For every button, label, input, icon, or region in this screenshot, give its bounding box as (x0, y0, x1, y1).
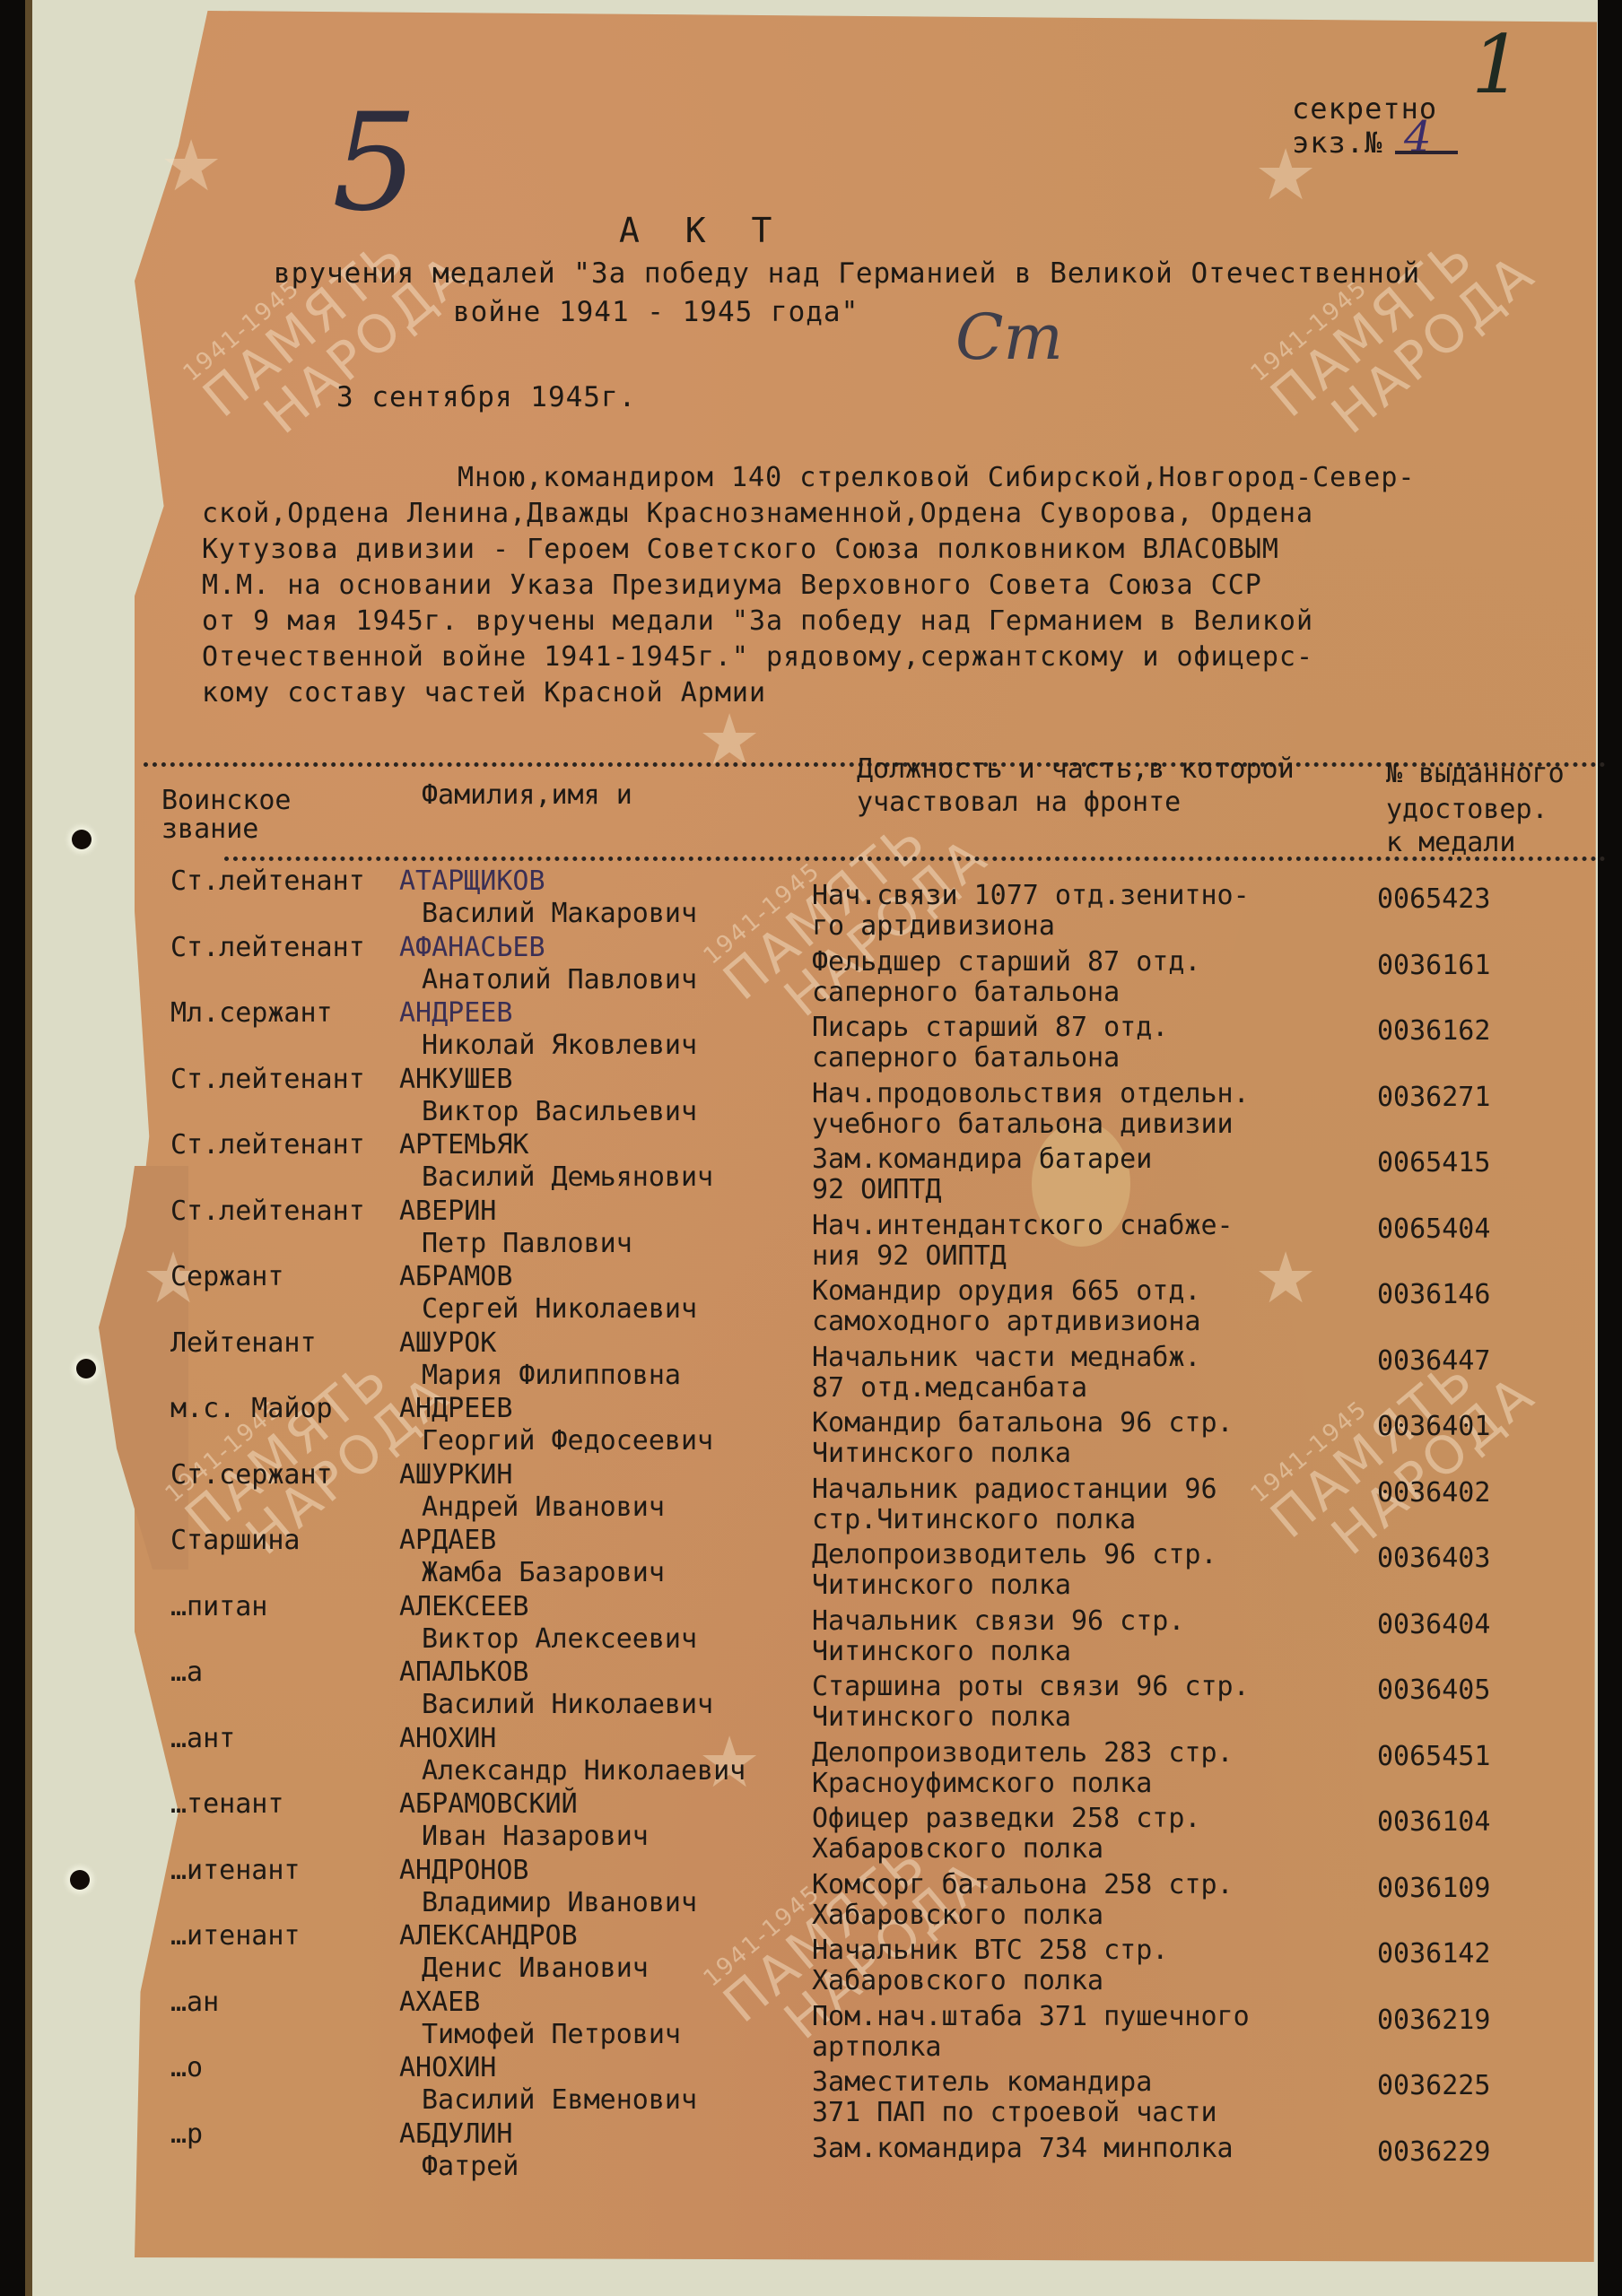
handwritten-folder-number: 5 (332, 85, 417, 241)
watermark-star-icon: ★ (161, 108, 221, 206)
position-cell: Красноуфимского полка (812, 1770, 1152, 1797)
table-rule-bottom (224, 857, 1606, 861)
certificate-number-cell: 0065423 (1377, 886, 1490, 913)
position-cell: ния 92 ОИПТД (812, 1243, 1007, 1270)
position-cell: Начальник ВТС 258 стр. (812, 1937, 1168, 1964)
position-cell: Заместитель командира (812, 2069, 1152, 2096)
rank-cell: …а (170, 1659, 203, 1686)
surname-cell: АБДУЛИН (399, 2121, 512, 2148)
rank-cell: Мл.сержант (170, 1000, 333, 1027)
position-cell: Начальник радиостанции 96 (812, 1476, 1217, 1503)
position-cell: 87 отд.медсанбата (812, 1375, 1087, 1402)
certificate-number-cell: 0036401 (1377, 1413, 1490, 1440)
rank-cell: Ст.лейтенант (170, 935, 365, 961)
body-line: Отечественной войне 1941-1945г." рядовом… (202, 644, 1313, 671)
rank-cell: Ст.лейтенант (170, 868, 365, 895)
surname-cell: АНДРЕЕВ (399, 1396, 512, 1422)
surname-cell: АНДРЕЕВ (399, 1000, 512, 1027)
title-line-1: вручения медалей "За победу над Германие… (274, 260, 1420, 288)
position-cell: Нач.связи 1077 отд.зенитно- (812, 883, 1250, 909)
position-cell: Начальник части меднабж. (812, 1344, 1200, 1371)
given-name-cell: Фатрей (422, 2153, 519, 2180)
col-header-certificate: к медали (1386, 830, 1516, 857)
position-cell: Командир батальона 96 стр. (812, 1410, 1234, 1437)
position-cell: Читинского полка (812, 1572, 1071, 1599)
position-cell: Хабаровского полка (812, 1968, 1103, 1995)
rank-cell: Старшина (170, 1527, 301, 1554)
given-name-cell: Тимофей Петрович (422, 2022, 681, 2048)
certificate-number-cell: 0036104 (1377, 1809, 1490, 1836)
surname-cell: АРДАЕВ (399, 1527, 496, 1554)
certificate-number-cell: 0036229 (1377, 2139, 1490, 2166)
rank-cell: …итенант (170, 1857, 301, 1884)
punch-hole-icon (70, 1870, 90, 1890)
surname-cell: АХАЕВ (399, 1989, 480, 2016)
given-name-cell: Мария Филипповна (422, 1362, 681, 1389)
document-date: 3 сентября 1945г. (336, 384, 636, 412)
title-line-2: войне 1941 - 1945 года" (453, 299, 859, 326)
given-name-cell: Виктор Алексеевич (422, 1626, 697, 1653)
body-line: Кутузова дивизии - Героем Советского Сою… (202, 536, 1279, 563)
certificate-number-cell: 0036404 (1377, 1612, 1490, 1639)
col-header-position: Должность и часть,в которой (857, 756, 1295, 783)
certificate-number-cell: 0036403 (1377, 1545, 1490, 1572)
certificate-number-cell: 0036162 (1377, 1018, 1490, 1045)
certificate-number-cell: 0065415 (1377, 1150, 1490, 1177)
given-name-cell: Сергей Николаевич (422, 1296, 697, 1323)
surname-cell: АНДРОНОВ (399, 1857, 529, 1884)
rank-cell: …р (170, 2121, 203, 2148)
given-name-cell: Петр Павлович (422, 1231, 632, 1257)
surname-cell: АНКУШЕВ (399, 1066, 512, 1093)
rank-cell: Ст.лейтенант (170, 1198, 365, 1225)
body-line: кому составу частей Красной Армии (202, 680, 766, 707)
position-cell: Пом.нач.штаба 371 пушечного (812, 2004, 1250, 2031)
col-header-certificate: удостовер. (1386, 796, 1548, 823)
given-name-cell: Денис Иванович (422, 1955, 649, 1982)
given-name-cell: Жамба Базарович (422, 1560, 665, 1587)
position-cell: самоходного артдивизиона (812, 1309, 1200, 1335)
surname-cell: АШУРОК (399, 1330, 496, 1357)
position-cell: Зам.командира 734 минполка (812, 2135, 1234, 2162)
certificate-number-cell: 0036142 (1377, 1941, 1490, 1968)
rank-cell: …ант (170, 1726, 235, 1752)
position-cell: Нач.интендантского снабже- (812, 1213, 1234, 1239)
certificate-number-cell: 0036161 (1377, 952, 1490, 979)
position-cell: Читинского полка (812, 1639, 1071, 1665)
rank-cell: …о (170, 2055, 203, 2082)
surname-cell: АЛЕКСЕЕВ (399, 1594, 529, 1621)
body-line: от 9 мая 1945г. вручены медали "За побед… (202, 608, 1313, 635)
given-name-cell: Николай Яковлевич (422, 1032, 697, 1059)
position-cell: го артдивизиона (812, 913, 1055, 940)
col-header-name: Фамилия,имя и (422, 782, 632, 809)
surname-cell: АФАНАСЬЕВ (399, 935, 545, 961)
surname-cell: АБРАМОВ (399, 1264, 512, 1291)
certificate-number-cell: 0036146 (1377, 1282, 1490, 1309)
punch-hole-icon (72, 830, 92, 849)
rank-cell: Лейтенант (170, 1330, 317, 1357)
given-name-cell: Василий Евменович (422, 2087, 697, 2114)
given-name-cell: Андрей Иванович (422, 1494, 665, 1521)
position-cell: Командир орудия 665 отд. (812, 1278, 1200, 1305)
surname-cell: АТАРЩИКОВ (399, 868, 545, 895)
certificate-number-cell: 0036405 (1377, 1677, 1490, 1704)
surname-cell: АШУРКИН (399, 1462, 512, 1489)
surname-cell: АПАЛЬКОВ (399, 1659, 529, 1686)
col-header-position: участвовал на фронте (857, 789, 1181, 816)
certificate-number-cell: 0036219 (1377, 2007, 1490, 2034)
rank-cell: …итенант (170, 1923, 301, 1950)
position-cell: стр.Читинского полка (812, 1507, 1136, 1534)
certificate-number-cell: 0036402 (1377, 1480, 1490, 1507)
position-cell: Читинского полка (812, 1704, 1071, 1731)
rank-cell: Ст.сержант (170, 1462, 333, 1489)
surname-cell: АРТЕМЬЯК (399, 1132, 529, 1159)
position-cell: Офицер разведки 258 стр. (812, 1805, 1200, 1832)
given-name-cell: Иван Назарович (422, 1823, 649, 1850)
surname-cell: АБРАМОВСКИЙ (399, 1791, 578, 1818)
copy-number-underline (1395, 151, 1458, 154)
rank-cell: …питан (170, 1594, 267, 1621)
given-name-cell: Анатолий Павлович (422, 967, 697, 994)
body-line: Мною,командиром 140 стрелковой Сибирской… (458, 465, 1415, 491)
certificate-number-cell: 0036225 (1377, 2073, 1490, 2100)
rank-cell: Ст.лейтенант (170, 1132, 365, 1159)
watermark-star-icon: ★ (1256, 1220, 1315, 1318)
position-cell: Нач.продовольствия отдельн. (812, 1081, 1250, 1108)
rank-cell: …тенант (170, 1791, 283, 1818)
copy-label: экз.№ (1292, 128, 1382, 157)
certificate-number-cell: 0036271 (1377, 1084, 1490, 1111)
rank-cell: …ан (170, 1989, 219, 2016)
document-heading: А К Т (619, 213, 784, 248)
col-header-rank: звание (161, 816, 258, 843)
surname-cell: АНОХИН (399, 2055, 496, 2082)
position-cell: Старшина роты связи 96 стр. (812, 1674, 1250, 1700)
col-header-certificate: № выданного (1386, 761, 1565, 787)
position-cell: Хабаровского полка (812, 1902, 1103, 1929)
position-cell: Делопроизводитель 96 стр. (812, 1542, 1217, 1569)
surname-cell: АЛЕКСАНДРОВ (399, 1923, 578, 1950)
position-cell: учебного батальона дивизии (812, 1111, 1234, 1138)
position-cell: саперного батальона (812, 979, 1120, 1006)
col-header-rank: Воинское (161, 787, 292, 814)
position-cell: Комсорг батальона 258 стр. (812, 1872, 1234, 1899)
body-line: ской,Ордена Ленина,Дважды Краснознаменно… (202, 500, 1313, 527)
rank-cell: м.с. Майор (170, 1396, 333, 1422)
surname-cell: АНОХИН (399, 1726, 496, 1752)
pencil-signature: Cm (955, 300, 1063, 374)
copy-number: 4 (1404, 112, 1432, 162)
position-cell: артполка (812, 2034, 942, 2061)
position-cell: Писарь старший 87 отд. (812, 1014, 1168, 1041)
position-cell: Читинского полка (812, 1440, 1071, 1467)
rank-cell: Ст.лейтенант (170, 1066, 365, 1093)
body-line: М.М. на основании Указа Президиума Верхо… (202, 572, 1262, 599)
certificate-number-cell: 0036447 (1377, 1348, 1490, 1375)
position-cell: Начальник связи 96 стр. (812, 1608, 1184, 1635)
position-cell: саперного батальона (812, 1045, 1120, 1072)
position-cell: 371 ПАП по строевой части (812, 2100, 1217, 2126)
position-cell: Зам.командира батареи (812, 1146, 1152, 1173)
position-cell: 92 ОИПТД (812, 1177, 942, 1204)
position-cell: Делопроизводитель 283 стр. (812, 1740, 1234, 1767)
punch-hole-icon (76, 1359, 96, 1378)
certificate-number-cell: 0036109 (1377, 1875, 1490, 1902)
certificate-number-cell: 0065451 (1377, 1744, 1490, 1770)
rank-cell: Сержант (170, 1264, 283, 1291)
position-cell: Хабаровского полка (812, 1836, 1103, 1863)
given-name-cell: Василий Макарович (422, 900, 697, 927)
given-name-cell: Александр Николаевич (422, 1758, 746, 1785)
position-cell: Фельдшер старший 87 отд. (812, 949, 1200, 976)
certificate-number-cell: 0065404 (1377, 1216, 1490, 1243)
handwritten-page-number: 1 (1471, 18, 1522, 112)
given-name-cell: Василий Николаевич (422, 1692, 713, 1718)
given-name-cell: Василий Демьянович (422, 1164, 713, 1191)
given-name-cell: Виктор Васильевич (422, 1099, 697, 1126)
given-name-cell: Владимир Иванович (422, 1890, 697, 1917)
surname-cell: АВЕРИН (399, 1198, 496, 1225)
given-name-cell: Георгий Федосеевич (422, 1428, 713, 1455)
